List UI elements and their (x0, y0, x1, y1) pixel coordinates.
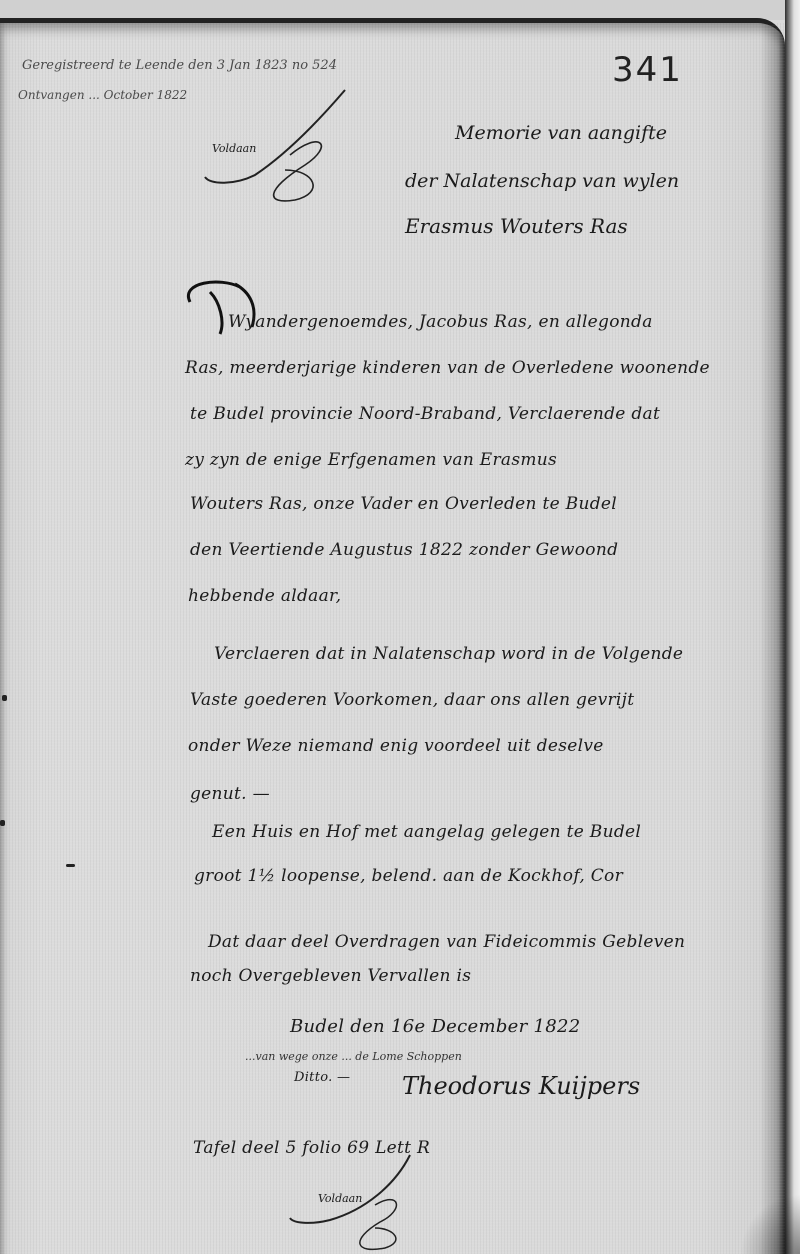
ink-speck (66, 864, 75, 867)
closing-note: ...van wege onze ... de Lome Schoppen (245, 1050, 462, 1063)
paragraph2-line-3: onder Weze niemand enig voordeel uit des… (188, 736, 604, 756)
heading-line1: Memorie van aangifte (455, 122, 667, 144)
page-right-edge (785, 0, 800, 1254)
property-line-2: groot 1½ loopense, belend. aan de Kockho… (194, 866, 623, 886)
body-line-6: den Veertiende Augustus 1822 zonder Gewo… (190, 540, 618, 560)
flourish-signature-top-icon (195, 85, 365, 205)
body-line-2: Ras, meerderjarige kinderen van de Overl… (185, 358, 710, 378)
document-scan: Geregistreerd te Leende den 3 Jan 1823 n… (0, 0, 800, 1254)
flourish-signature-bottom-icon (285, 1150, 425, 1254)
folio-number: 341 (612, 50, 683, 90)
declaration-line-2: noch Overgebleven Vervallen is (190, 966, 471, 986)
page-corner-shadow (740, 1194, 800, 1254)
body-line-5: Wouters Ras, onze Vader en Overleden te … (190, 494, 617, 514)
paragraph2-line-1: Verclaeren dat in Nalatenschap word in d… (214, 644, 683, 664)
declaration-line-1: Dat daar deel Overdragen van Fideicommis… (208, 932, 685, 952)
heading-line2: der Nalatenschap van wylen (405, 170, 679, 192)
closing-prefix: Ditto. — (294, 1070, 350, 1085)
body-line-1: Wyandergenoemdes, Jacobus Ras, en allego… (228, 312, 653, 332)
registration-note-line1: Geregistreerd te Leende den 3 Jan 1823 n… (22, 58, 337, 73)
ink-speck (0, 820, 5, 826)
ink-speck (2, 695, 7, 701)
closing-place-date: Budel den 16e December 1822 (290, 1016, 581, 1037)
paper-page (0, 18, 785, 1254)
heading-line3: Erasmus Wouters Ras (405, 214, 628, 238)
body-line-3: te Budel provincie Noord-Braband, Vercla… (190, 404, 660, 424)
property-line-1: Een Huis en Hof met aangelag gelegen te … (212, 822, 641, 842)
paragraph2-line-2: Vaste goederen Voorkomen, daar ons allen… (190, 690, 634, 710)
body-line-4: zy zyn de enige Erfgenamen van Erasmus (185, 450, 557, 470)
scan-background-strip (0, 0, 800, 20)
body-line-7: hebbende aldaar, (188, 586, 341, 606)
registration-note-line2: Ontvangen ... October 1822 (18, 88, 187, 102)
paragraph2-line-4: genut. — (190, 784, 270, 804)
signature: Theodorus Kuijpers (402, 1072, 640, 1100)
